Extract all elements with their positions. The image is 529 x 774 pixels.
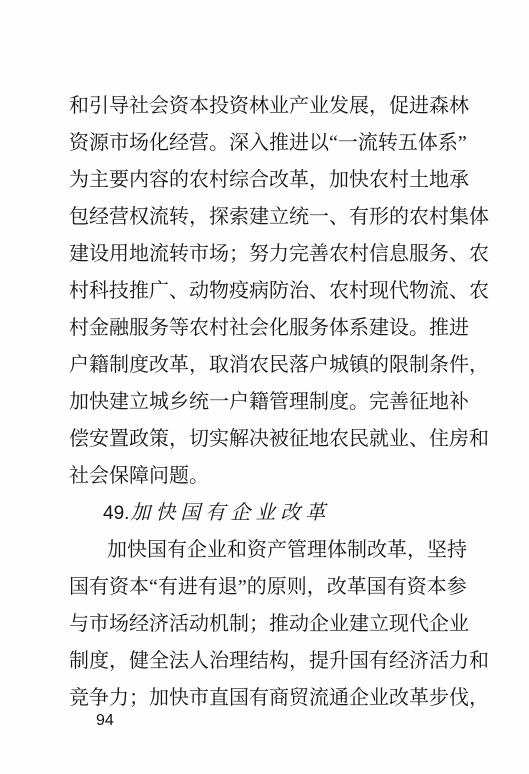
text-line: 竞争力；加快市直国有商贸流通企业改革步伐， — [69, 680, 462, 717]
section-number: 49. — [103, 503, 129, 524]
text-line: 村金融服务等农村社会化服务体系建设。推进 — [69, 310, 462, 347]
text-line: 村科技推广、动物疫病防治、农村现代物流、农 — [69, 273, 462, 310]
text-line: 国有资本“有进有退”的原则，改革国有资本参 — [69, 569, 462, 606]
text-line: 偿安置政策，切实解决被征地农民就业、住房和 — [69, 421, 462, 458]
book-page: 和引导社会资本投资林业产业发展，促进森林 资源市场化经营。深入推进以“一流转五体… — [0, 0, 529, 774]
text-line: 资源市场化经营。深入推进以“一流转五体系” — [69, 125, 462, 162]
text-line: 社会保障问题。 — [69, 458, 462, 495]
text-line: 加快国有企业和资产管理体制改革，坚持 — [69, 532, 462, 569]
body-text: 和引导社会资本投资林业产业发展，促进森林 资源市场化经营。深入推进以“一流转五体… — [69, 88, 462, 717]
page-number: 94 — [96, 711, 114, 731]
text-line: 加快建立城乡统一户籍管理制度。完善征地补 — [69, 384, 462, 421]
text-line: 与市场经济活动机制；推动企业建立现代企业 — [69, 606, 462, 643]
text-line: 和引导社会资本投资林业产业发展，促进森林 — [69, 88, 462, 125]
section-title: 加快国有企业改革 — [130, 502, 330, 524]
text-line: 制度，健全法人治理结构，提升国有经济活力和 — [69, 643, 462, 680]
text-line: 建设用地流转市场；努力完善农村信息服务、农 — [69, 236, 462, 273]
text-line: 包经营权流转，探索建立统一、有形的农村集体 — [69, 199, 462, 236]
text-line: 户籍制度改革，取消农民落户城镇的限制条件， — [69, 347, 462, 384]
section-heading: 49.加快国有企业改革 — [69, 495, 462, 532]
text-line: 为主要内容的农村综合改革，加快农村土地承 — [69, 162, 462, 199]
